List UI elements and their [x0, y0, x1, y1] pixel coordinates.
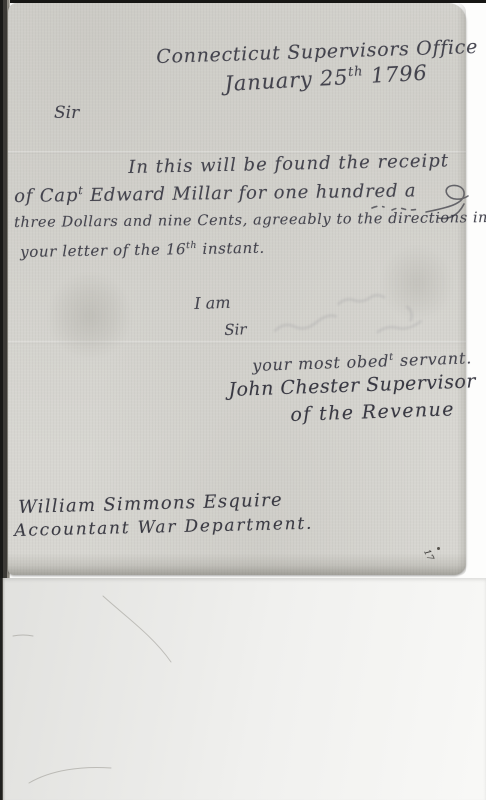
letter-page: Connecticut Supervisors Office January 2… [8, 3, 466, 575]
date-ordinal: th [348, 64, 364, 80]
addressee-title: Accountant War Department. [14, 514, 313, 541]
closing-servant-prefix: your most obed [252, 351, 390, 375]
letterhead-date-line: January 25th 1796 [224, 61, 428, 96]
date-day: January 25 [224, 65, 349, 96]
body-line-4-superscript: th [186, 240, 197, 251]
ink-speck [437, 547, 440, 550]
body-line-4: your letter of the 16th instant. [20, 239, 265, 261]
paper-scratches [3, 578, 486, 800]
addressee-name: William Simmons Esquire [18, 490, 283, 518]
salutation: Sir [54, 103, 79, 123]
page-edge-shadow [457, 3, 466, 575]
signature-line-1: John Chester Supervisor [228, 370, 476, 401]
signature-line-2: of the Revenue [290, 398, 455, 426]
document-scan: Connecticut Supervisors Office January 2… [0, 0, 486, 800]
letterhead-office-line: Connecticut Supervisors Office [156, 36, 478, 68]
ink-bleedthrough [265, 273, 451, 361]
body-line-1: In this will be found the receipt [128, 150, 449, 178]
body-line-2-prefix: of Cap [14, 185, 78, 207]
closing-sir: Sir [224, 320, 247, 339]
body-line-3: three Dollars and nine Cents, agreeably … [14, 210, 486, 231]
closing-i-am: I am [194, 293, 231, 313]
body-line-4-rest: instant. [197, 239, 265, 258]
body-line-4-prefix: your letter of the 16 [20, 240, 186, 261]
body-line-2: of Capt Edward Millar for one hundred a [14, 179, 417, 207]
blank-page-below [3, 578, 486, 800]
body-line-2-rest: Edward Millar for one hundred a [83, 180, 416, 206]
page-bottom-edge [8, 553, 466, 575]
date-year: 1796 [363, 61, 428, 89]
ink-stain [48, 273, 132, 359]
